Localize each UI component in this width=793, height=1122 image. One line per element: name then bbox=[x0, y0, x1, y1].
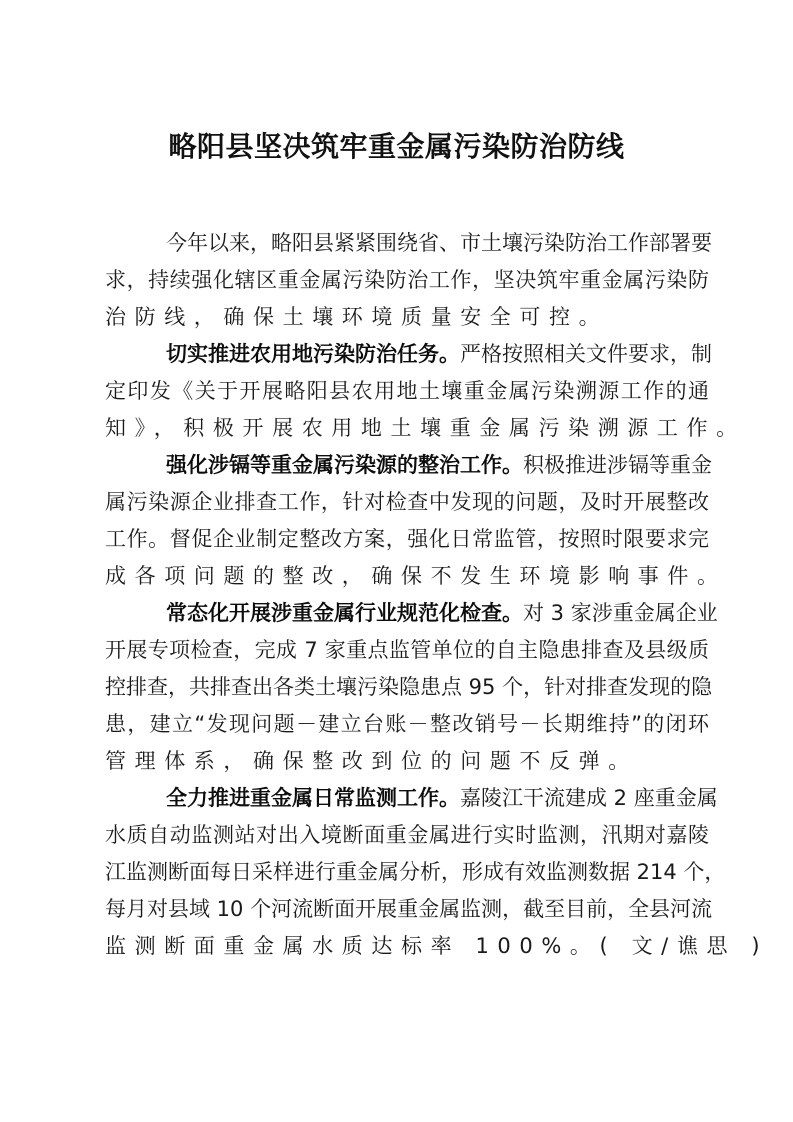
paragraph-cadmium-remediation: 强化涉镉等重金属污染源的整治工作。积极推进涉镉等重金 属污染源企业排查工作，针对… bbox=[105, 447, 709, 595]
paragraph-text: 积极推进涉镉等重金 bbox=[523, 453, 712, 477]
text-line: 控排查，共排查出各类土壤污染隐患点 95 个，针对排查发现的隐 bbox=[105, 669, 709, 706]
text-line: 江监测断面每日采样进行重金属分析，形成有效监测数据 214 个， bbox=[105, 854, 709, 891]
paragraph-lead-heading: 全力推进重金属日常监测工作。 bbox=[166, 786, 460, 810]
paragraph-text: 对 3 家涉重金属企业 bbox=[523, 601, 718, 625]
paragraph-text: 严格按照相关文件要求，制 bbox=[460, 342, 712, 366]
paragraph-lead-heading: 强化涉镉等重金属污染源的整治工作。 bbox=[166, 453, 523, 477]
text-line: 成各项问题的整改，确保不发生环境影响事件。 bbox=[105, 558, 709, 595]
text-line: 全力推进重金属日常监测工作。嘉陵江干流建成 2 座重金属 bbox=[105, 780, 709, 817]
paragraph-text: 嘉陵江干流建成 2 座重金属 bbox=[460, 786, 718, 810]
text-line: 强化涉镉等重金属污染源的整治工作。积极推进涉镉等重金 bbox=[105, 447, 709, 484]
text-line: 定印发《关于开展略阳县农用地土壤重金属污染溯源工作的通 bbox=[105, 373, 709, 410]
text-line: 求，持续强化辖区重金属污染防治工作，坚决筑牢重金属污染防 bbox=[105, 262, 709, 299]
text-line: 知》，积极开展农用地土壤重金属污染溯源工作。 bbox=[105, 410, 709, 447]
text-line: 每月对县域 10 个河流断面开展重金属监测，截至目前，全县河流 bbox=[105, 891, 709, 928]
paragraph-lead-heading: 常态化开展涉重金属行业规范化检查。 bbox=[166, 601, 523, 625]
document-page: 略阳县坚决筑牢重金属污染防治防线 今年以来，略阳县紧紧围绕省、市土壤污染防治工作… bbox=[0, 0, 793, 1122]
text-line: 水质自动监测站对出入境断面重金属进行实时监测，汛期对嘉陵 bbox=[105, 817, 709, 854]
text-line: 属污染源企业排查工作，针对检查中发现的问题，及时开展整改 bbox=[105, 484, 709, 521]
text-line: 今年以来，略阳县紧紧围绕省、市土壤污染防治工作部署要 bbox=[105, 225, 709, 262]
text-line: 开展专项检查，完成 7 家重点监管单位的自主隐患排查及县级质 bbox=[105, 632, 709, 669]
text-line: 工作。督促企业制定整改方案，强化日常监管，按照时限要求完 bbox=[105, 521, 709, 558]
article-body: 今年以来，略阳县紧紧围绕省、市土壤污染防治工作部署要 求，持续强化辖区重金属污染… bbox=[105, 225, 709, 965]
paragraph-farmland-pollution: 切实推进农用地污染防治任务。严格按照相关文件要求，制 定印发《关于开展略阳县农用… bbox=[105, 336, 709, 447]
text-line: 治防线，确保土壤环境质量安全可控。 bbox=[105, 299, 709, 336]
text-line: 监测断面重金属水质达标率 100%。( 文/谯思 ) bbox=[105, 928, 709, 965]
text-line: 患，建立“发现问题－建立台账－整改销号－长期维持”的闭环 bbox=[105, 706, 709, 743]
paragraph-industry-inspection: 常态化开展涉重金属行业规范化检查。对 3 家涉重金属企业 开展专项检查，完成 7… bbox=[105, 595, 709, 780]
document-title: 略阳县坚决筑牢重金属污染防治防线 bbox=[0, 127, 793, 167]
paragraph-daily-monitoring: 全力推进重金属日常监测工作。嘉陵江干流建成 2 座重金属 水质自动监测站对出入境… bbox=[105, 780, 709, 965]
text-line: 常态化开展涉重金属行业规范化检查。对 3 家涉重金属企业 bbox=[105, 595, 709, 632]
paragraph-lead-heading: 切实推进农用地污染防治任务。 bbox=[166, 342, 460, 366]
paragraph-intro: 今年以来，略阳县紧紧围绕省、市土壤污染防治工作部署要 求，持续强化辖区重金属污染… bbox=[105, 225, 709, 336]
text-line: 切实推进农用地污染防治任务。严格按照相关文件要求，制 bbox=[105, 336, 709, 373]
text-line: 管理体系，确保整改到位的问题不反弹。 bbox=[105, 743, 709, 780]
